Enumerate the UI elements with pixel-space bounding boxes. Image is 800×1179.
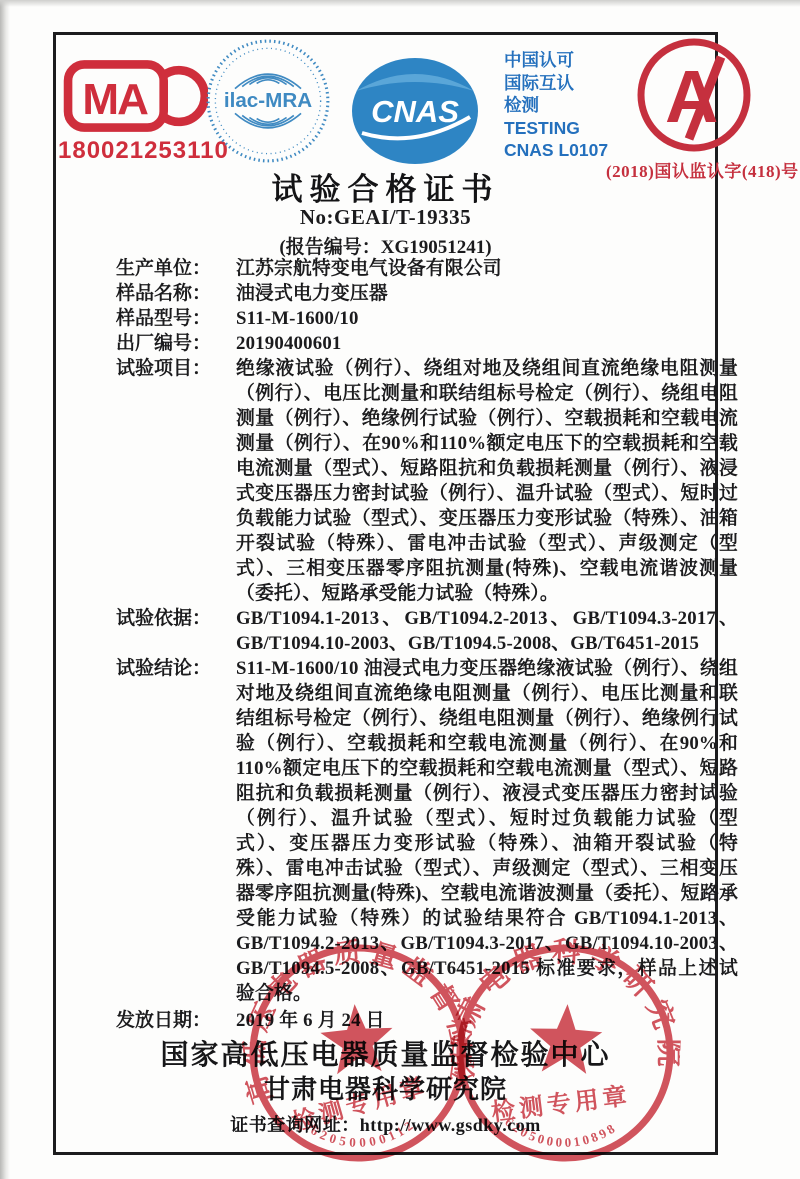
- field-value: 绝缘液试验（例行）、绕组对地及绕组间直流绝缘电阻测量（例行）、电压比测量和联结组…: [236, 356, 738, 606]
- accreditation-line: 中国认可: [504, 49, 608, 72]
- seal-right: 甘肃电器科学研究院 检测专用章 6205000010898: [444, 932, 686, 1174]
- seal-left: 国家高低压电器质量监督检验中心 检测专用章 62050000112: [235, 930, 480, 1175]
- field-value: 20190400601: [236, 331, 342, 356]
- ilac-mra-letters: ilac-MRA: [224, 89, 312, 112]
- cma-logo: MA: [62, 53, 208, 141]
- field-label: 出厂编号：: [116, 331, 236, 356]
- cma-letters: MA: [82, 75, 148, 124]
- field-label: 试验依据：: [116, 606, 236, 631]
- field-value: 江苏宗航特变电气设备有限公司: [236, 256, 502, 281]
- accreditation-text: 中国认可 国际互认 检测 TESTING CNAS L0107: [504, 49, 608, 162]
- accreditation-line: 国际互认: [504, 72, 608, 95]
- field-label: 试验项目：: [116, 356, 236, 381]
- ilac-mra-logo: ilac-MRA: [204, 37, 332, 165]
- scan-edge-left: [0, 0, 10, 1179]
- accreditation-line: 检测: [504, 94, 608, 117]
- cal-mark-icon: A: [631, 35, 761, 165]
- certificate-border-frame: MA 180021253110 ilac-MRA CNAS 中国认可 国际互认 …: [53, 32, 718, 1155]
- accreditation-line: TESTING: [504, 117, 608, 140]
- field-factory-number: 出厂编号： 20190400601: [116, 331, 748, 356]
- field-label: 生产单位：: [116, 256, 236, 281]
- field-sample-name: 样品名称： 油浸式电力变压器: [116, 281, 748, 306]
- certificate-fields: 生产单位： 江苏宗航特变电气设备有限公司 样品名称： 油浸式电力变压器 样品型号…: [116, 256, 748, 1033]
- field-label: 试验结论：: [116, 656, 236, 681]
- field-label: 发放日期：: [116, 1008, 236, 1033]
- field-sample-model: 样品型号： S11-M-1600/10: [116, 306, 748, 331]
- certificate-title: 试验合格证书: [56, 164, 715, 209]
- star-icon: [319, 1002, 396, 1076]
- field-value: S11-M-1600/10: [236, 306, 359, 331]
- accreditation-line: CNAS L0107: [504, 139, 608, 162]
- report-number: (报告编号：XG19051241): [56, 232, 715, 259]
- field-value: GB/T1094.1-2013、GB/T1094.2-2013、GB/T1094…: [236, 606, 738, 656]
- field-test-items: 试验项目： 绝缘液试验（例行）、绕组对地及绕组间直流绝缘电阻测量（例行）、电压比…: [116, 356, 748, 606]
- scan-edge-top: [0, 0, 800, 7]
- field-label: 样品型号：: [116, 306, 236, 331]
- certificate-page: MA 180021253110 ilac-MRA CNAS 中国认可 国际互认 …: [0, 0, 800, 1179]
- field-manufacturer: 生产单位： 江苏宗航特变电气设备有限公司: [116, 256, 748, 281]
- field-test-basis: 试验依据： GB/T1094.1-2013、GB/T1094.2-2013、GB…: [116, 606, 748, 656]
- certificate-number: No:GEAI/T-19335: [56, 205, 715, 230]
- cnas-logo: CNAS: [348, 55, 482, 167]
- cnas-letters: CNAS: [371, 94, 459, 129]
- star-icon: [528, 1002, 604, 1074]
- field-value: 油浸式电力变压器: [236, 281, 388, 306]
- field-label: 样品名称：: [116, 281, 236, 306]
